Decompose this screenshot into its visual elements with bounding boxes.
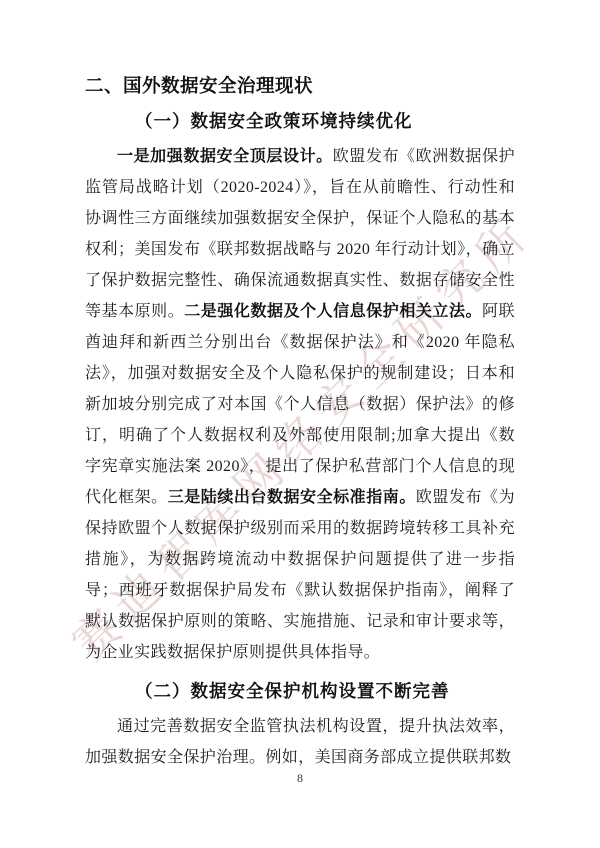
paragraph-1: 一是加强数据安全顶层设计。欧盟发布《欧洲数据保护监管局战略计划（2020-202… — [85, 141, 515, 668]
body-text-segment: 通过完善数据安全监管执法机构设置，提升执法效率，加强数据安全保护治理。例如，美国… — [85, 718, 515, 766]
bold-lead-point-1: 一是加强数据安全顶层设计。 — [117, 148, 333, 165]
body-text-segment: 欧盟发布《为保持欧盟个人数据保护级别而采用的数据跨境转移工具补充措施》，为数据跨… — [85, 489, 515, 661]
section-heading: 二、国外数据安全治理现状 — [85, 70, 515, 98]
document-page: 赛迪智库网络安全研究所 二、国外数据安全治理现状 （一）数据安全政策环境持续优化… — [0, 0, 600, 848]
subsection-heading-1: （一）数据安全政策环境持续优化 — [85, 108, 515, 134]
subsection-heading-2: （二）数据安全保护机构设置不断完善 — [85, 678, 515, 704]
paragraph-2: 通过完善数据安全监管执法机构设置，提升执法效率，加强数据安全保护治理。例如，美国… — [85, 711, 515, 773]
page-content: 二、国外数据安全治理现状 （一）数据安全政策环境持续优化 一是加强数据安全顶层设… — [85, 70, 515, 773]
bold-lead-point-2: 二是强化数据及个人信息保护相关立法。 — [184, 303, 482, 320]
bold-lead-point-3: 三是陆续出台数据安全标准指南。 — [168, 489, 416, 506]
body-text-segment: 阿联酋迪拜和新西兰分别出台《数据保护法》和《2020 年隐私法》，加强对数据安全… — [85, 303, 515, 506]
page-number: 8 — [0, 771, 600, 786]
body-text-segment: 欧盟发布《欧洲数据保护监管局战略计划（2020-2024）》，旨在从前瞻性、行动… — [85, 148, 515, 320]
